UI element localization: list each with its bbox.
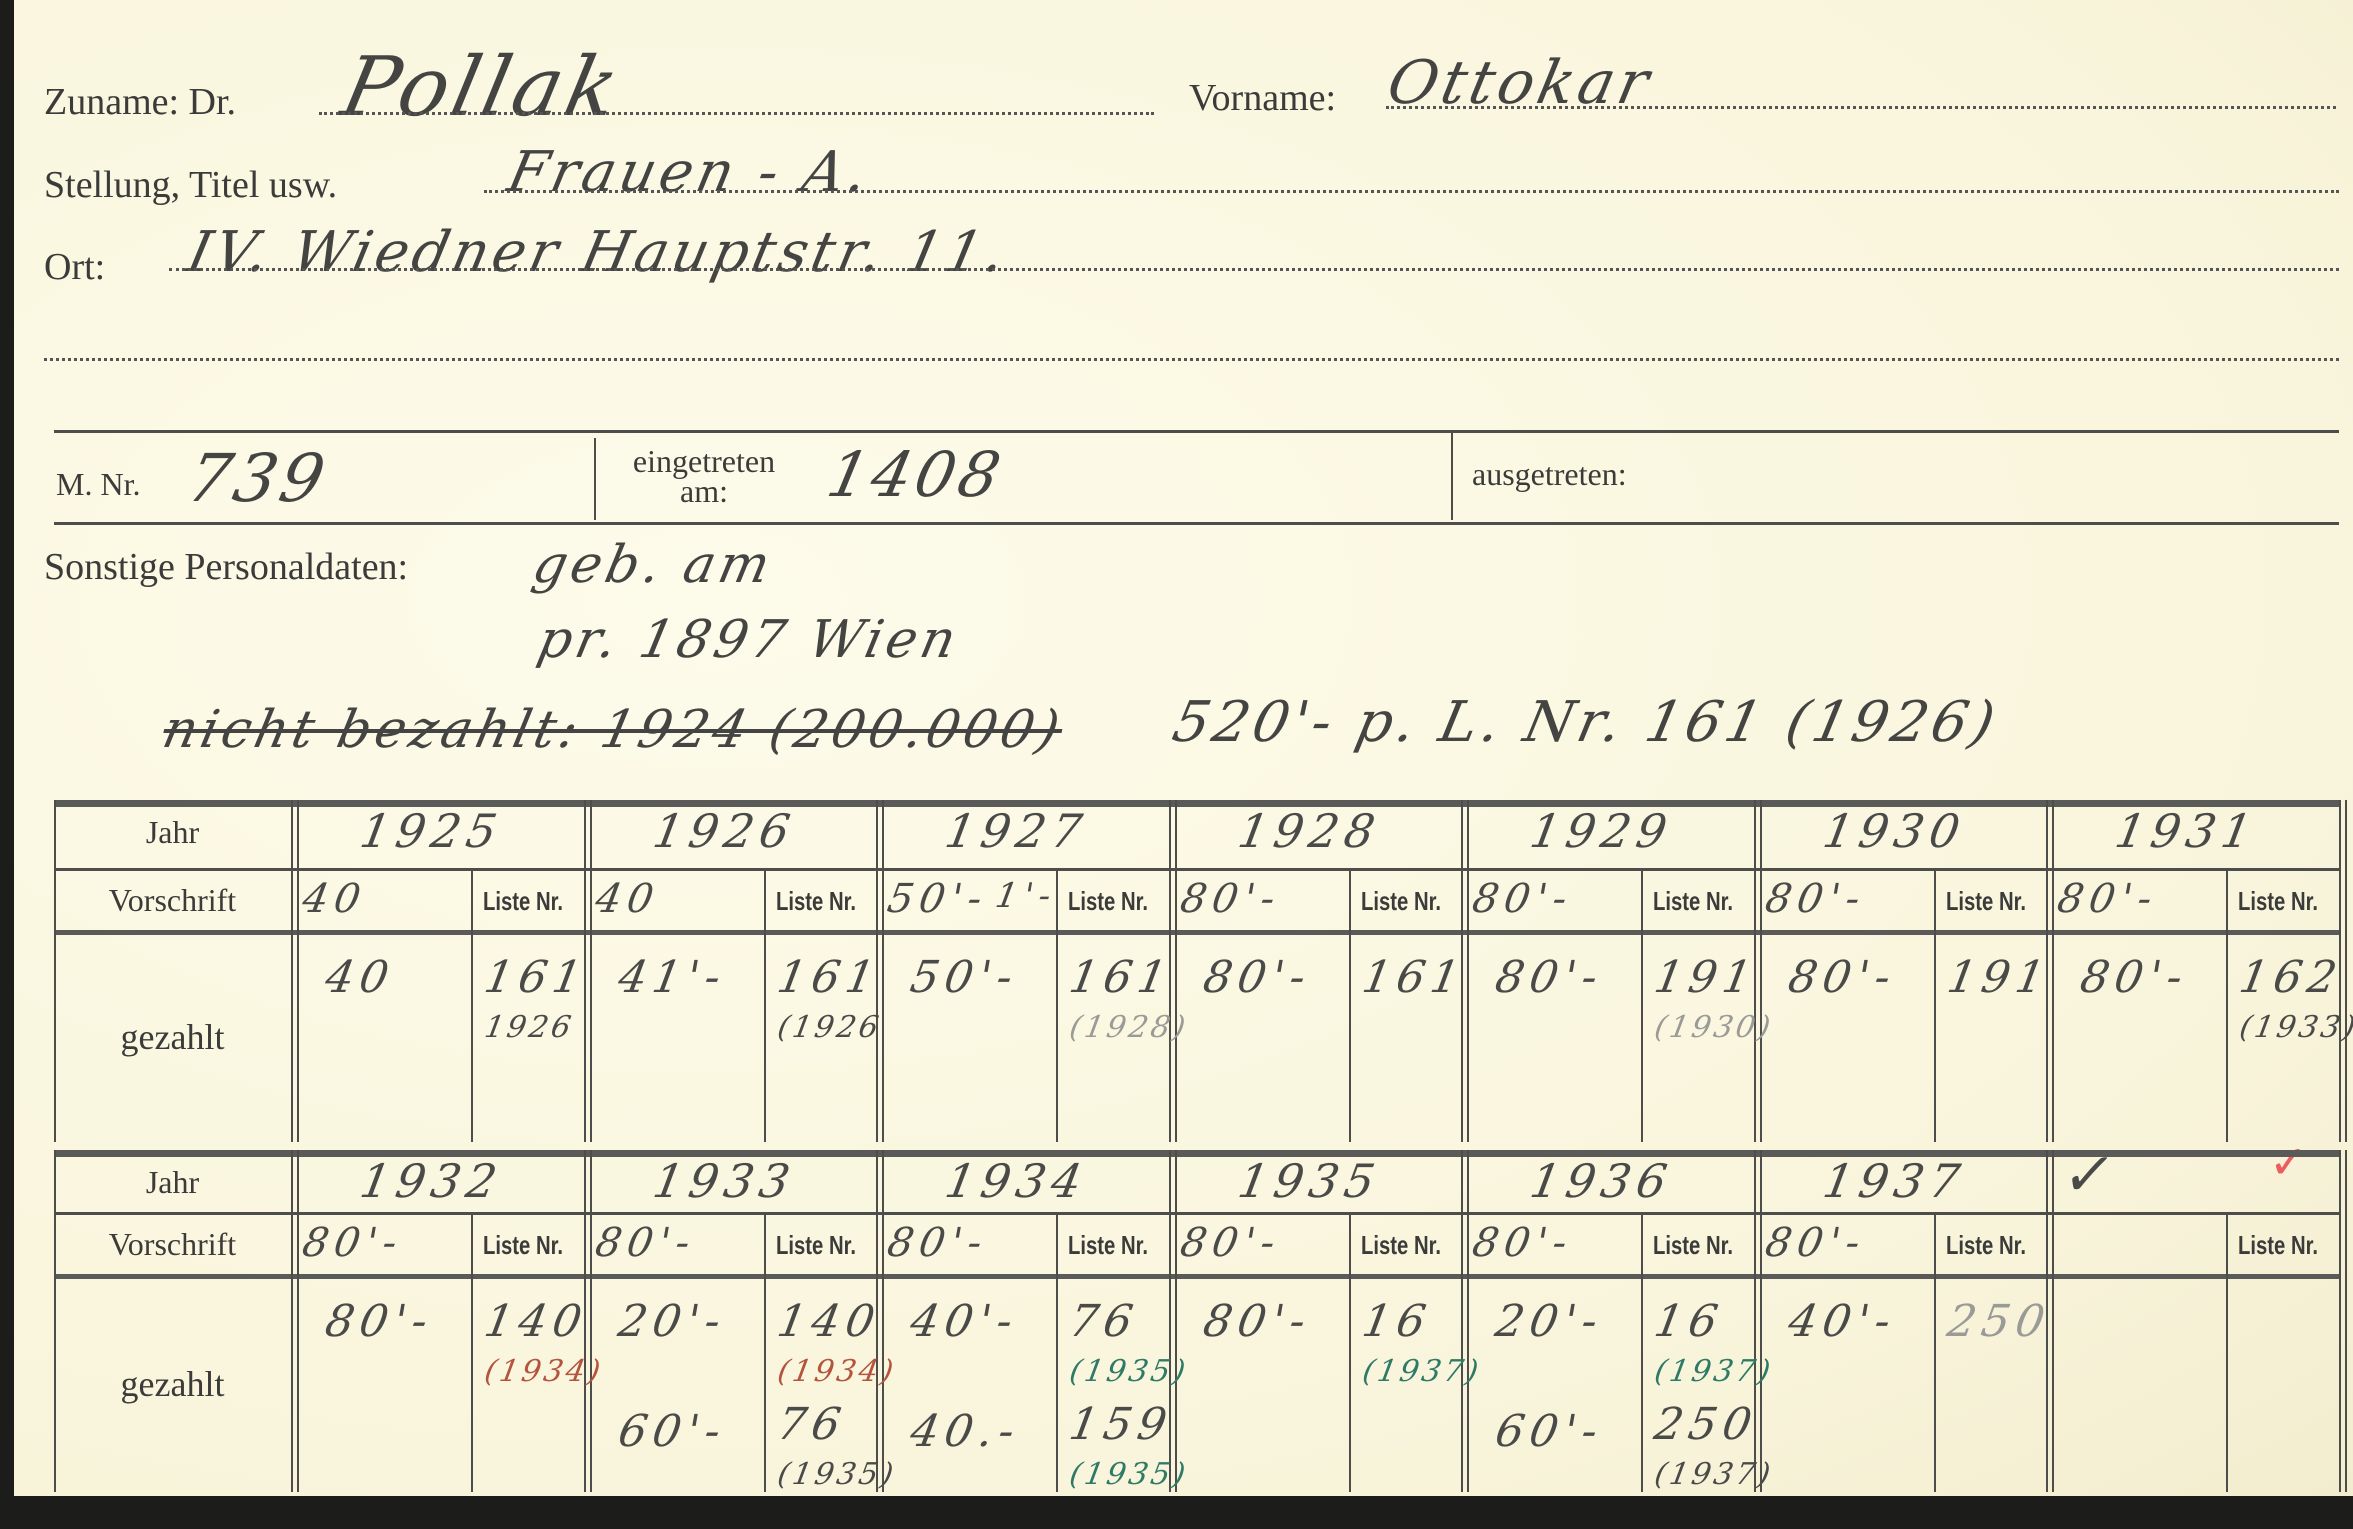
gezahlt-value: 80'- xyxy=(1200,1296,1316,1347)
upper-liste-divider xyxy=(1641,868,1643,1142)
lower-year-divider xyxy=(1169,1150,1171,1492)
membership-divider-2 xyxy=(1451,432,1453,520)
gezahlt-value: 80'- xyxy=(1492,952,1608,1003)
year-value: 1926 xyxy=(649,804,800,858)
gezahlt-value: 41'- xyxy=(615,952,731,1003)
lower-left-border xyxy=(54,1150,56,1492)
liste-nr-label: Liste Nr. xyxy=(1653,1230,1733,1261)
upper-vorschrift-label: Vorschrift xyxy=(54,882,291,919)
ort-dotted-line xyxy=(169,268,2339,271)
zuname-label: Zuname: Dr. xyxy=(44,80,236,124)
liste-nr-label: Liste Nr. xyxy=(1361,886,1441,917)
vorschrift-value: 40 xyxy=(592,876,663,922)
vorschrift-value: 80'- xyxy=(1469,1220,1577,1266)
mnr-value: 739 xyxy=(181,440,335,517)
liste-value: 161 xyxy=(1066,952,1177,1003)
liste-value: 159 xyxy=(1066,1399,1177,1450)
vorschrift-value: 80'- xyxy=(1469,876,1577,922)
liste-value: 76 xyxy=(774,1399,851,1450)
vorschrift-value: 80'- xyxy=(1762,876,1870,922)
lower-year-divider xyxy=(291,1150,293,1492)
gezahlt-value: 20'- xyxy=(615,1296,731,1347)
upper-liste-divider xyxy=(1934,868,1936,1142)
vorschrift-value: 80'- xyxy=(299,1220,407,1266)
gezahlt-value: 80'- xyxy=(2077,952,2193,1003)
liste-value: 76 xyxy=(1066,1296,1143,1347)
year-value: 1934 xyxy=(941,1154,1092,1208)
lower-jahr-label: Jahr xyxy=(54,1164,291,1201)
lower-liste-divider xyxy=(471,1212,473,1492)
gezahlt-value: 40.- xyxy=(907,1406,1025,1457)
liste-nr-label: Liste Nr. xyxy=(776,1230,856,1261)
upper-liste-divider xyxy=(2226,868,2228,1142)
gezahlt-value: 80'- xyxy=(1785,952,1901,1003)
liste-value: (1935) xyxy=(1067,1354,1191,1389)
upper-liste-divider xyxy=(764,868,766,1142)
liste-nr-label: Liste Nr. xyxy=(776,886,856,917)
liste-nr-label: Liste Nr. xyxy=(1946,886,2026,917)
liste-value: (1937) xyxy=(1652,1354,1776,1389)
lower-year-divider xyxy=(1754,1150,1756,1492)
blank-dotted-line xyxy=(44,358,2339,361)
vorschrift-value: 80'- xyxy=(2054,876,2162,922)
liste-nr-label: Liste Nr. xyxy=(1068,886,1148,917)
liste-nr-label: Liste Nr. xyxy=(1653,886,1733,917)
year-value: 1928 xyxy=(1234,804,1385,858)
gezahlt-value: 50'- xyxy=(907,952,1023,1003)
upper-left-border xyxy=(54,800,56,1142)
zuname-value: Pollak xyxy=(334,40,630,135)
vorschrift-value: 50'- xyxy=(884,876,992,922)
sonstige-line2: pr. 1897 Wien xyxy=(533,610,966,670)
lower-gezahlt-label: gezahlt xyxy=(54,1363,291,1405)
lower-liste-divider xyxy=(2226,1212,2228,1492)
lower-liste-divider xyxy=(764,1212,766,1492)
zuname-dotted-line xyxy=(319,112,1154,115)
liste-value: (1934) xyxy=(482,1354,606,1389)
sonstige-label: Sonstige Personaldaten: xyxy=(44,545,408,589)
vorschrift-value: 80'- xyxy=(884,1220,992,1266)
liste-value: 191 xyxy=(1651,952,1762,1003)
vorname-dotted-line xyxy=(1386,106,2336,109)
ort-label: Ort: xyxy=(44,245,105,289)
year-value: 1933 xyxy=(649,1154,800,1208)
gezahlt-value: 40 xyxy=(322,952,399,1003)
year-value: 1932 xyxy=(356,1154,507,1208)
upper-year-divider xyxy=(291,800,293,1142)
vorschrift-value: 80'- xyxy=(592,1220,700,1266)
vorschrift-value: 80'- xyxy=(1762,1220,1870,1266)
liste-nr-label: Liste Nr. xyxy=(483,886,563,917)
liste-value: 16 xyxy=(1359,1296,1436,1347)
liste-nr-label: Liste Nr. xyxy=(1068,1230,1148,1261)
eingetreten-label: eingetreten am: xyxy=(614,446,794,506)
sonstige-line3-rest: 520'- p. L. Nr. 161 (1926) xyxy=(1167,690,2004,755)
lower-vorschrift-label: Vorschrift xyxy=(54,1226,291,1263)
gezahlt-value: 60'- xyxy=(1492,1406,1608,1457)
mnr-label: M. Nr. xyxy=(56,466,140,503)
vorschrift-value: 80'- xyxy=(1177,876,1285,922)
upper-jahr-label: Jahr xyxy=(54,814,291,851)
year-value: 1936 xyxy=(1526,1154,1677,1208)
upper-jahr-rule xyxy=(54,868,2339,871)
liste-value: (1930) xyxy=(1652,1010,1776,1045)
liste-value: 161 xyxy=(1359,952,1470,1003)
lower-year-divider xyxy=(2339,1150,2341,1492)
lower-liste-divider xyxy=(1349,1212,1351,1492)
liste-value: (1928) xyxy=(1067,1010,1191,1045)
year-value: 1931 xyxy=(2111,804,2262,858)
liste-nr-label: Liste Nr. xyxy=(483,1230,563,1261)
liste-value: 1926 xyxy=(482,1010,577,1045)
year-value: 1935 xyxy=(1234,1154,1385,1208)
lower-liste-divider xyxy=(1641,1212,1643,1492)
stellung-value: Frauen - A. xyxy=(502,140,877,205)
gezahlt-value: 20'- xyxy=(1492,1296,1608,1347)
year-value: 1925 xyxy=(356,804,507,858)
liste-value: 140 xyxy=(774,1296,885,1347)
gezahlt-value: 40'- xyxy=(907,1296,1023,1347)
sonstige-line3-struck: nicht bezahlt: 1924 (200.000) xyxy=(158,700,1069,760)
liste-value: (1934) xyxy=(775,1354,899,1389)
upper-liste-divider xyxy=(1349,868,1351,1142)
lower-jahr-rule xyxy=(54,1212,2339,1215)
membership-divider-1 xyxy=(594,438,596,520)
eingetreten-label-line2: am: xyxy=(614,476,794,506)
upper-liste-divider xyxy=(471,868,473,1142)
ort-value: IV. Wiedner Hauptstr. 11. xyxy=(182,220,1015,285)
upper-vorschrift-rule xyxy=(54,930,2339,935)
membership-index-card: Zuname: Dr. Pollak Vorname: Ottokar Stel… xyxy=(14,0,2353,1496)
sonstige-line1: geb. am xyxy=(528,535,779,595)
liste-value: (1926 xyxy=(775,1010,884,1045)
lower-year-divider xyxy=(1461,1150,1463,1492)
vorschrift-value: 40 xyxy=(299,876,370,922)
lower-liste-divider xyxy=(1056,1212,1058,1492)
ausgetreten-label: ausgetreten: xyxy=(1472,456,1627,493)
year-value: 1927 xyxy=(941,804,1092,858)
liste-value: (1933) xyxy=(2237,1010,2353,1045)
liste-value: 250 xyxy=(1944,1296,2055,1347)
liste-value: (1937) xyxy=(1360,1354,1484,1389)
lower-liste-divider xyxy=(1934,1212,1936,1492)
liste-nr-label: Liste Nr. xyxy=(2238,886,2318,917)
upper-gezahlt-label: gezahlt xyxy=(54,1016,291,1058)
liste-value: 16 xyxy=(1651,1296,1728,1347)
gezahlt-value: 80'- xyxy=(322,1296,438,1347)
year-value: 1930 xyxy=(1819,804,1970,858)
stellung-label: Stellung, Titel usw. xyxy=(44,163,337,207)
lower-vorschrift-rule xyxy=(54,1274,2339,1279)
liste-value: 162 xyxy=(2236,952,2347,1003)
vorschrift-note: 1'- xyxy=(992,876,1060,916)
vorname-label: Vorname: xyxy=(1189,76,1336,120)
liste-value: 161 xyxy=(774,952,885,1003)
gezahlt-value: 60'- xyxy=(615,1406,731,1457)
liste-value: (1935) xyxy=(775,1457,899,1492)
membership-bottom-rule xyxy=(54,522,2339,525)
liste-value: 140 xyxy=(481,1296,592,1347)
gezahlt-value: 80'- xyxy=(1200,952,1316,1003)
liste-value: 250 xyxy=(1651,1399,1762,1450)
liste-value: (1935) xyxy=(1067,1457,1191,1492)
gezahlt-value: 40'- xyxy=(1785,1296,1901,1347)
liste-value: 161 xyxy=(481,952,592,1003)
eingetreten-value: 1408 xyxy=(821,438,1010,511)
upper-liste-divider xyxy=(1056,868,1058,1142)
liste-value: 191 xyxy=(1944,952,2055,1003)
membership-top-rule xyxy=(54,430,2339,433)
year-value: 1929 xyxy=(1526,804,1677,858)
vorschrift-value: 80'- xyxy=(1177,1220,1285,1266)
stellung-dotted-line xyxy=(484,190,2339,193)
year-value: 1937 xyxy=(1819,1154,1970,1208)
check-mark-icon: ✓ xyxy=(2269,1135,2308,1189)
liste-nr-label: Liste Nr. xyxy=(1946,1230,2026,1261)
eingetreten-label-line1: eingetreten xyxy=(614,446,794,476)
liste-value: (1937) xyxy=(1652,1457,1776,1492)
liste-nr-label: Liste Nr. xyxy=(2238,1230,2318,1261)
liste-nr-label: Liste Nr. xyxy=(1361,1230,1441,1261)
